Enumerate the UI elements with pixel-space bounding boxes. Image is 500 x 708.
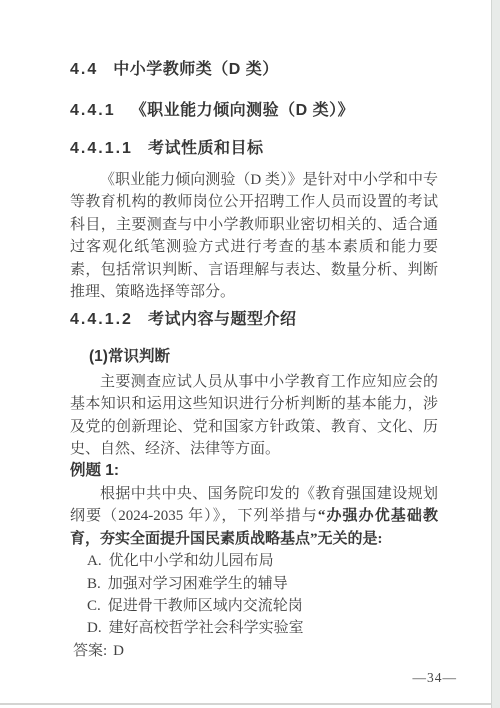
section-title: 中小学教师类（D 类） — [113, 61, 279, 78]
option-letter: C. — [87, 598, 101, 614]
option-row-c: C.促进骨干教师区域内交流轮岗 — [70, 595, 438, 617]
option-text: 建好高校哲学社会科学实验室 — [109, 620, 304, 636]
page-content: 4.4中小学教师类（D 类） 4.4.1《职业能力倾向测验（D 类）》 4.4.… — [0, 0, 500, 662]
document-page: 4.4中小学教师类（D 类） 4.4.1《职业能力倾向测验（D 类）》 4.4.… — [0, 0, 500, 708]
section-number: 4.4.1 — [70, 102, 116, 119]
exam-nature-paragraph: 《职业能力倾向测验（D 类）》是针对中小学和中专等教育机构的教师岗位公开招聘工作… — [70, 169, 438, 303]
answer-value: D — [113, 643, 124, 659]
option-text: 优化中小学和幼儿园布局 — [109, 553, 274, 569]
page-edge-bottom-shadow — [0, 703, 491, 705]
option-row-b: B.加强对学习困难学生的辅导 — [70, 573, 438, 595]
option-letter: D. — [87, 620, 102, 636]
option-text: 促进骨干教师区域内交流轮岗 — [108, 598, 303, 614]
section-heading-4-4-1-2: 4.4.1.2考试内容与题型介绍 — [70, 310, 438, 330]
section-title: 考试性质和目标 — [148, 140, 264, 157]
section-title: 考试内容与题型介绍 — [148, 311, 297, 328]
section-number: 4.4.1.2 — [70, 311, 133, 328]
section-heading-4-4: 4.4中小学教师类（D 类） — [70, 60, 438, 80]
answer-row: 答案:D — [70, 640, 438, 662]
changshipanduan-description: 主要测查应试人员从事中小学教育工作应知应会的基本知识和运用这些知识进行分析判断的… — [70, 371, 438, 461]
section-number: 4.4.1.1 — [70, 140, 133, 157]
option-letter: B. — [87, 576, 101, 592]
page-number: —34— — [413, 670, 458, 686]
answer-label: 答案: — [73, 643, 107, 659]
section-heading-4-4-1-1: 4.4.1.1考试性质和目标 — [70, 139, 438, 159]
page-edge-right-shadow — [491, 0, 500, 708]
option-row-d: D.建好高校哲学社会科学实验室 — [70, 617, 438, 639]
section-title: 《职业能力倾向测验（D 类）》 — [131, 102, 355, 119]
example-1-question: 根据中共中央、国务院印发的《教育强国建设规划纲要（2024-2035 年）》，下… — [70, 483, 438, 550]
option-row-a: A.优化中小学和幼儿园布局 — [70, 550, 438, 572]
subsection-title-changshipanduan: (1)常识判断 — [70, 346, 438, 368]
option-text: 加强对学习困难学生的辅导 — [108, 576, 288, 592]
section-number: 4.4 — [70, 61, 98, 78]
option-letter: A. — [87, 553, 102, 569]
example-1-label: 例题 1: — [70, 460, 438, 482]
section-heading-4-4-1: 4.4.1《职业能力倾向测验（D 类）》 — [70, 101, 438, 121]
